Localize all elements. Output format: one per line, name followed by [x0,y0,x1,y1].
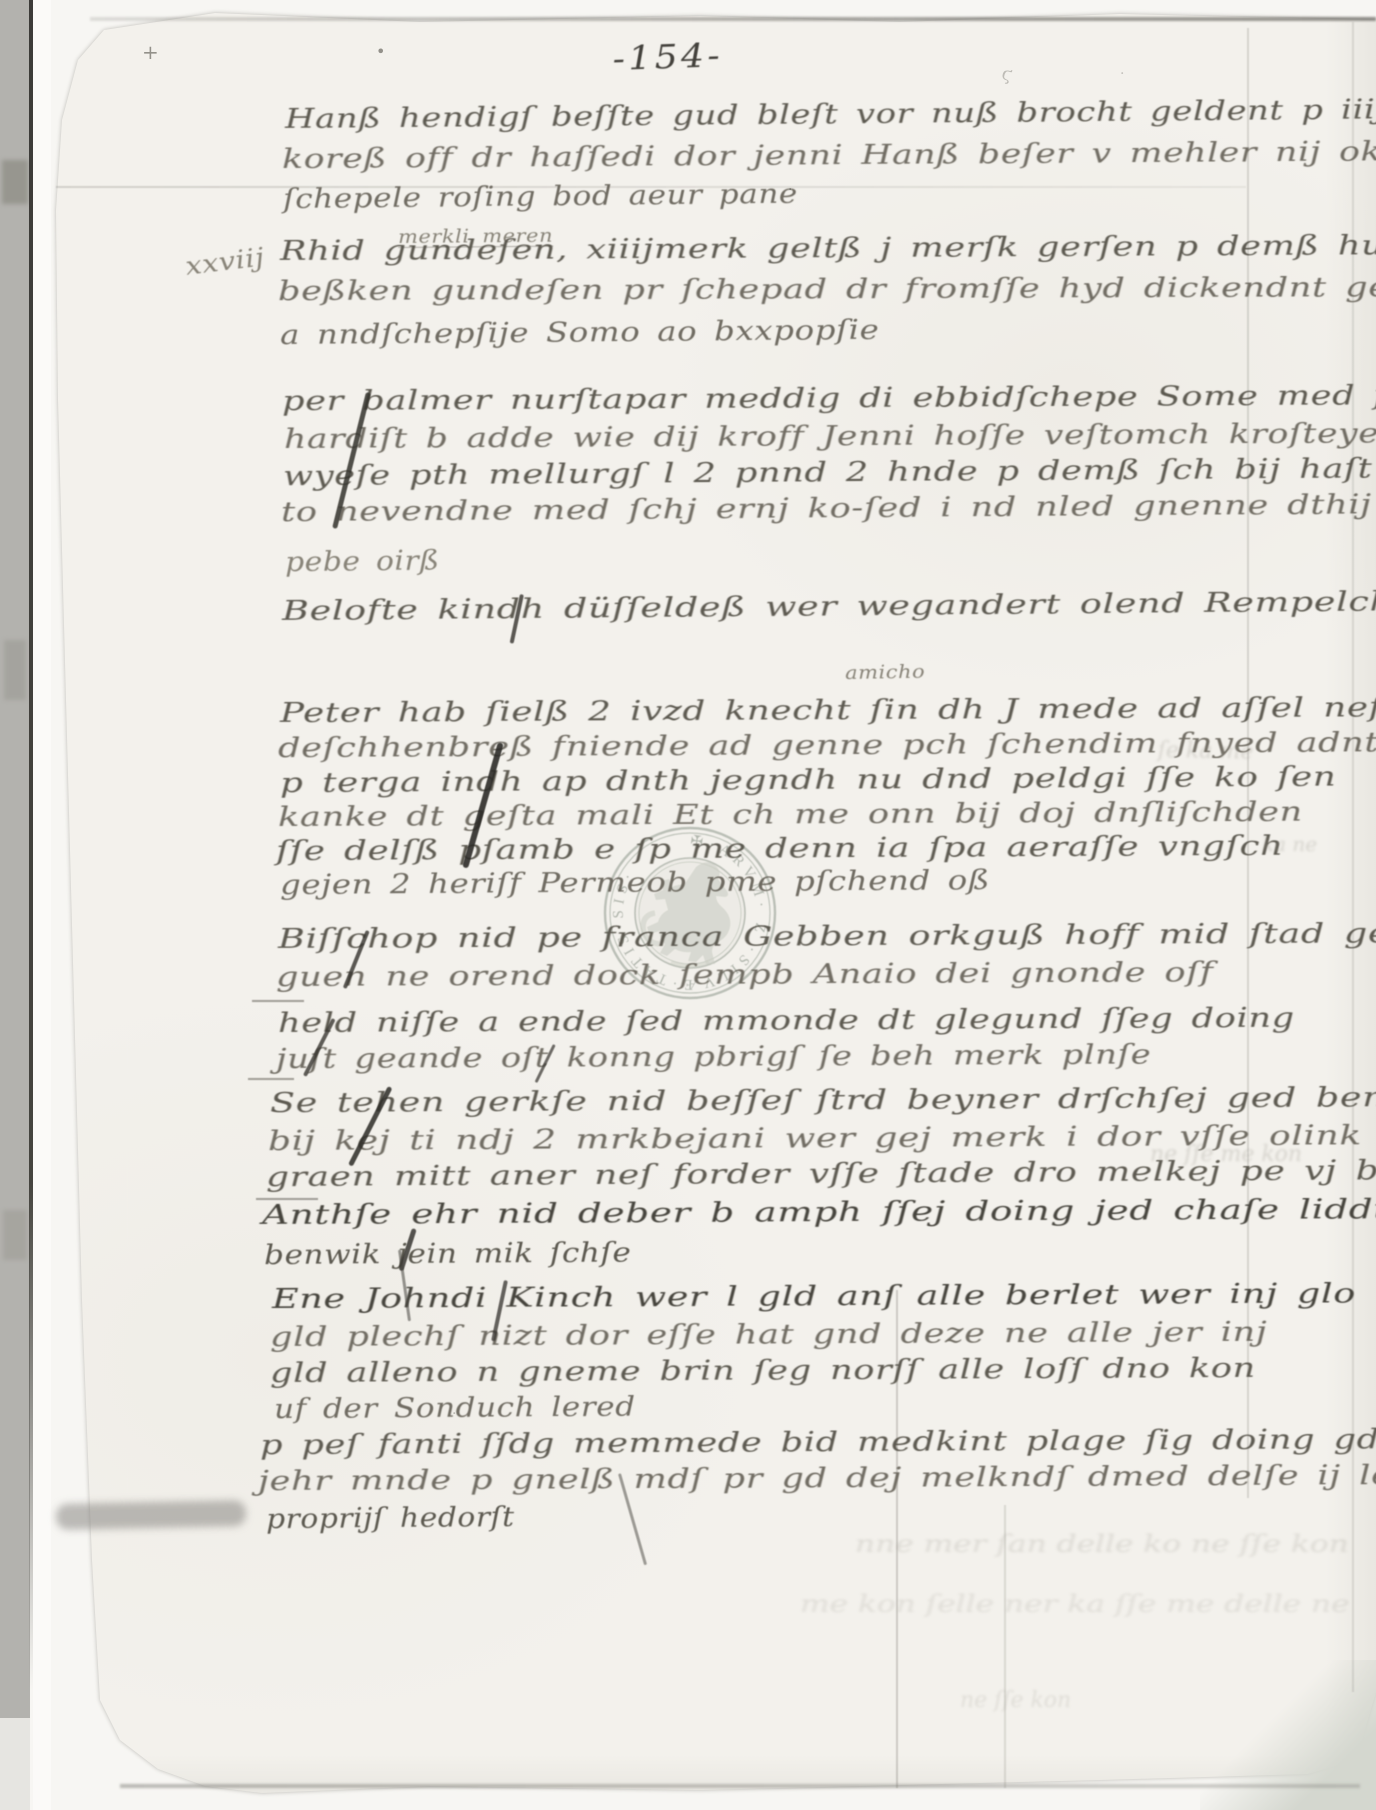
bleedthrough-text: nne mer ſan delle ko ne ſſe kon [855,1530,1349,1558]
bleedthrough-text: ka ne [1262,832,1317,856]
handwriting-line: Peter hab ſielß 2 ivzd knecht ſin dh J m… [280,694,1376,727]
handwriting-line: a nndſchepſije Somo ao bxxpopſie [280,317,879,349]
handwriting-line: Ene Johndi Kinch wer l gld anſ alle berl… [272,1280,1356,1313]
handwriting-line: koreß off dr haſſedi dor jenni Hanß beſe… [282,138,1376,173]
handwriting-line: hardiſt b adde wie dij kroff Jenni hoſſe… [284,420,1376,453]
ink-dot: · [788,182,792,198]
handwriting-line: pebe oirß [285,547,440,576]
underline-dash [256,1198,318,1200]
handwriting-line: per balmer nurſtapar meddig di ebbidſche… [282,382,1376,415]
handwriting-line: ſchepele roſing bod aeur pane [283,181,798,213]
ink-dot: • [376,42,385,61]
underline-dash [252,1000,304,1002]
handwriting-line: beßken gundeſen pr ſchepad dr fromſſe hy… [278,274,1376,305]
manuscript-scan: ✠·ARVM· Z ·SILVÆ·TATIS·SIS· -154- xxviij… [0,0,1376,1810]
handwriting-line: p terga indh ap dnth jegndh nu dnd peldg… [280,764,1337,797]
paper-top-edge [90,17,1376,21]
handwriting-line: to nevendne med ſchj ernj ko-ſed i nd nl… [281,491,1372,526]
folio-number: -154- [612,38,723,75]
handwriting-line: Se tehen gerkſe nid beſſeſ ſtrd beyner d… [270,1084,1376,1117]
bleedthrough-text: ne ſſe kon [960,1688,1071,1713]
handwriting-line: gejen 2 heriſf Permeob pme pſchend oß [280,867,990,899]
handwriting-line: juſt geande oſt konng pbrigſ ſe beh merk… [276,1041,1151,1073]
ink-smudge [56,1500,247,1530]
paper-bottom-edge [120,1784,1360,1788]
handwriting-line: Biſſchop nid pe franca Gebben orkguß hof… [278,920,1376,953]
handwriting-line: Rhid gundeſen, xiiijmerk geltß j merſk g… [280,232,1376,265]
handwriting-line: wyeſe pth mellurgſ l 2 pnnd 2 hnde p dem… [283,455,1372,490]
cross-mark: + [142,40,159,64]
ink-dot: · [668,1048,672,1063]
ink-dot: · [1120,66,1124,82]
handwriting-line: gld plechſ nizt dor eſſe hat gnd deze ne… [270,1319,1267,1351]
handwriting-line: kanke dt geſta mali Et ch me onn bij doj… [278,799,1303,831]
bleedthrough-text: ne ſſe me kon [1150,1142,1302,1167]
interlinear-note: amicho [845,663,925,683]
handwriting-line: p peſ fanti ſſdg memmede bid medkint pla… [260,1425,1376,1459]
handwriting-line: ſſe delſß pſamb e ſp me denn ia ſpa aera… [276,833,1284,865]
handwriting-line: proprijſ hedorſt [266,1504,515,1533]
handwriting-line: benwik jein mik ſchſe [264,1239,632,1269]
handwriting-line: held niſſe a ende ſed mmonde dt glegund … [278,1005,1295,1037]
bleedthrough-text: ſe ka me [1158,738,1254,765]
underline-dash [248,1078,294,1080]
bleedthrough-text: me kon ſelle ner ka ſſe me delle ne [800,1590,1350,1618]
ink-dot: · [452,1406,456,1422]
handwriting-line: gld alleno n gneme brin ſeg norſſ alle l… [270,1355,1256,1387]
handwriting-line: guen ne orend dock ſempb Anaio dei gnond… [276,959,1214,991]
handwriting-line: Anthſe ehr nid deber b amph ſſej doing j… [262,1195,1376,1229]
handwriting-line: jehr mnde p gnelß mdſ pr gd dej melkndſ … [258,1461,1376,1495]
